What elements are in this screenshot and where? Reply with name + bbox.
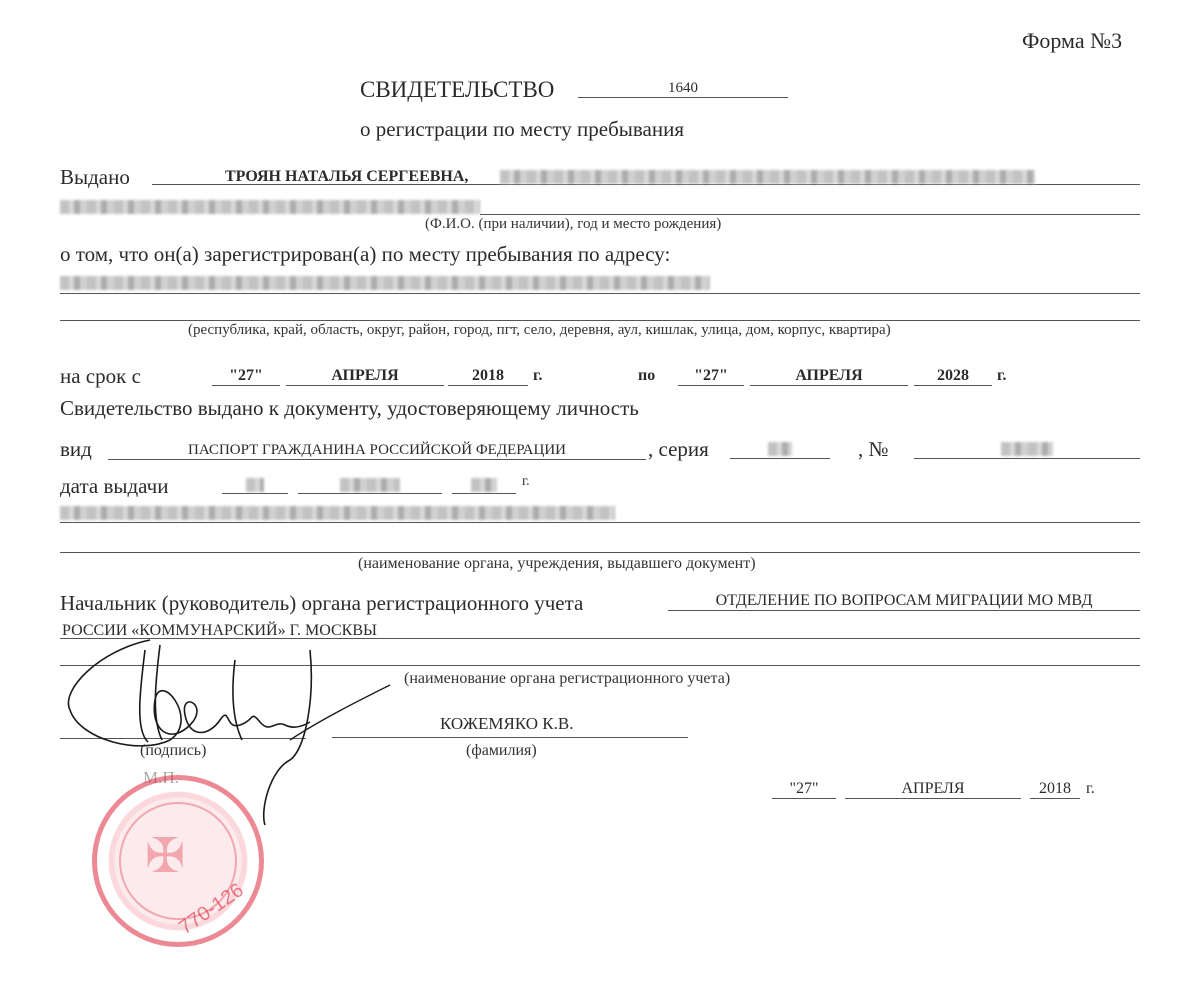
identity-type-value: ПАСПОРТ ГРАЖДАНИНА РОССИЙСКОЙ ФЕДЕРАЦИИ bbox=[108, 442, 646, 460]
issue-date-label: дата выдачи bbox=[60, 474, 168, 499]
issue-date-year-suffix: г. bbox=[522, 474, 530, 490]
term-to-day: "27" bbox=[678, 367, 744, 386]
redacted-birth-place bbox=[60, 200, 480, 214]
issued-caption: (Ф.И.О. (при наличии), год и место рожде… bbox=[425, 216, 721, 233]
signed-date-suffix: г. bbox=[1086, 780, 1095, 798]
issued-line-2 bbox=[480, 214, 1140, 215]
term-to-label: по bbox=[638, 367, 655, 385]
address-caption: (республика, край, область, округ, район… bbox=[188, 322, 891, 339]
identity-statement: Свидетельство выдано к документу, удосто… bbox=[60, 396, 639, 421]
certificate-number: 1640 bbox=[578, 80, 788, 98]
issue-date-day bbox=[222, 476, 288, 494]
handwritten-signature bbox=[60, 630, 400, 830]
registration-statement: о том, что он(а) зарегистрирован(а) по м… bbox=[60, 242, 670, 267]
authority-name-line-1: ОТДЕЛЕНИЕ ПО ВОПРОСАМ МИГРАЦИИ МО МВД bbox=[668, 592, 1140, 611]
signed-date-day: "27" bbox=[772, 780, 836, 799]
form-label: Форма №3 bbox=[1022, 28, 1122, 54]
identity-number-field bbox=[914, 440, 1140, 459]
document-subtitle: о регистрации по месту пребывания bbox=[360, 117, 684, 142]
redacted-birth-info bbox=[500, 170, 1035, 184]
surname-caption: (фамилия) bbox=[466, 742, 537, 760]
issuer-caption: (наименование органа, учреждения, выдавш… bbox=[358, 555, 756, 573]
signed-date-year: 2018 bbox=[1030, 780, 1080, 799]
eagle-emblem-icon: ✠ bbox=[145, 828, 185, 884]
official-surname: КОЖЕМЯКО К.В. bbox=[440, 714, 573, 734]
redacted-issuer bbox=[60, 506, 615, 520]
signed-date-month: АПРЕЛЯ bbox=[845, 780, 1021, 799]
issuer-line-1 bbox=[60, 522, 1140, 523]
term-from-month: АПРЕЛЯ bbox=[286, 367, 444, 386]
identity-series-label: , серия bbox=[648, 437, 709, 462]
issuer-line-2 bbox=[60, 552, 1140, 553]
identity-series-field bbox=[730, 440, 830, 459]
document-title: СВИДЕТЕЛЬСТВО bbox=[360, 77, 554, 103]
address-line-1 bbox=[60, 293, 1140, 294]
identity-type-label: вид bbox=[60, 437, 92, 462]
redacted-address bbox=[60, 276, 710, 290]
issue-date-year bbox=[452, 476, 516, 494]
issued-name: ТРОЯН НАТАЛЬЯ СЕРГЕЕВНА, bbox=[225, 168, 468, 186]
term-from-day: "27" bbox=[212, 367, 280, 386]
term-to-month: АПРЕЛЯ bbox=[750, 367, 908, 386]
issue-date-month bbox=[298, 476, 442, 494]
term-to-year-suffix: г. bbox=[997, 367, 1006, 385]
authority-label: Начальник (руководитель) органа регистра… bbox=[60, 591, 583, 616]
term-to-year: 2028 bbox=[914, 367, 992, 386]
issued-label: Выдано bbox=[60, 165, 130, 190]
term-from-year-suffix: г. bbox=[533, 367, 542, 385]
term-from-label: на срок с bbox=[60, 364, 141, 389]
term-from-year: 2018 bbox=[448, 367, 528, 386]
identity-number-label: , № bbox=[858, 437, 889, 462]
address-line-2 bbox=[60, 320, 1140, 321]
authority-caption: (наименование органа регистрационного уч… bbox=[404, 670, 730, 688]
